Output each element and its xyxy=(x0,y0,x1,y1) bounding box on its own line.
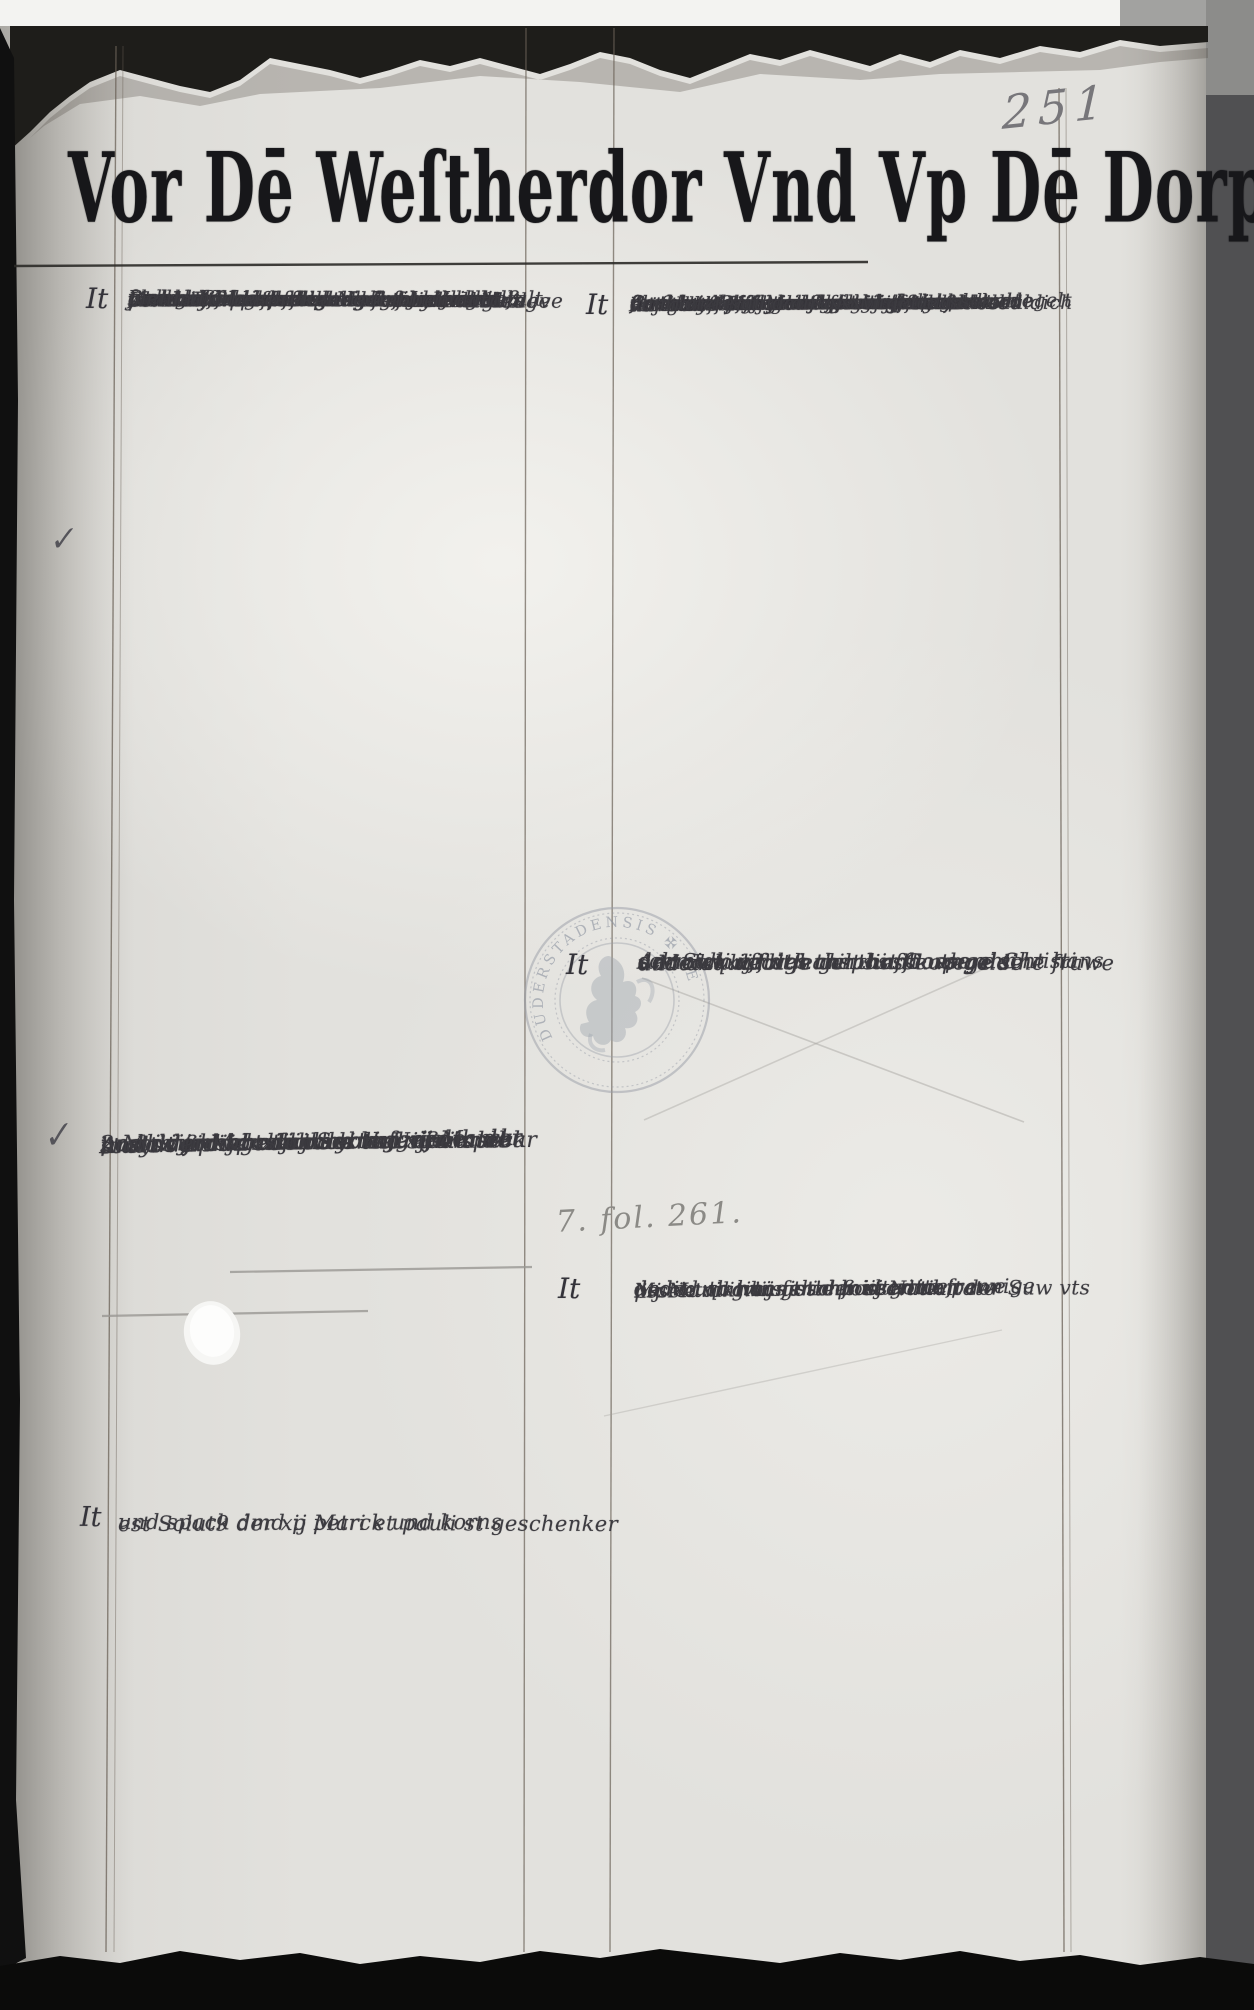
item-mark: It xyxy=(586,288,608,321)
manuscript-line: Marie virginis ist der reartioe xyxy=(634,1264,949,1312)
pencil-underline xyxy=(230,1267,532,1272)
item-mark: It xyxy=(566,948,588,981)
item-mark: It xyxy=(558,1272,580,1305)
pencil-underline-2 xyxy=(102,1311,368,1316)
section-header-text: Vor Dē Weſtherdor Vnd Vp Dē Dorperen xyxy=(68,132,1254,245)
backdrop-right xyxy=(1206,0,1254,2010)
backdrop-right-top xyxy=(1206,0,1254,95)
pencil-cross-stroke-3 xyxy=(604,1330,1002,1416)
folio-number: 251 xyxy=(1001,74,1111,140)
pencil-cross-stroke-2 xyxy=(644,968,986,1120)
torn-bottom-edge xyxy=(0,1949,1254,2010)
section-header: Vor Dē Weſtherdor Vnd Vp Dē Dorperen xyxy=(68,132,1238,282)
deckle-edge-shading xyxy=(1138,26,1206,1961)
seal-lion-device xyxy=(580,956,641,1045)
manuscript-page: DUDERSTADENSIS ✠ SE 251 Vor Dē Weſtherdo… xyxy=(0,0,1254,2010)
margin-checkmark: ✓ xyxy=(45,518,77,559)
ledger-entry: pere witkops sampt sind forundel alß Bom… xyxy=(128,277,528,278)
manuscript-line: und spack dmd p petri et pauli st gesche… xyxy=(118,1499,618,1548)
backdrop-top xyxy=(0,0,1254,26)
ledger-entry: hans byffes nachstendige geschott von fo… xyxy=(630,282,1075,284)
manuscript-line: 2 Malder korns und eine Unße spack xyxy=(100,1118,527,1168)
column-divider-right-margin xyxy=(1059,88,1064,1952)
manuscript-line: Anno xxxij xyxy=(638,940,752,985)
item-mark: It xyxy=(86,282,108,315)
gutter-shading xyxy=(14,26,134,1961)
column-divider-right-margin-2 xyxy=(1066,88,1071,1952)
item-mark: It xyxy=(80,1502,102,1533)
archive-seal: DUDERSTADENSIS ✠ SE xyxy=(525,908,709,1092)
paper-hole xyxy=(178,1296,246,1370)
pencil-cross-stroke xyxy=(642,978,1024,1122)
manuscript-line: vom letzte guld alß xxxvj gotte ß xyxy=(630,283,958,324)
manuscript-line: mehr tho besprekende hebben act vts xyxy=(128,276,527,321)
